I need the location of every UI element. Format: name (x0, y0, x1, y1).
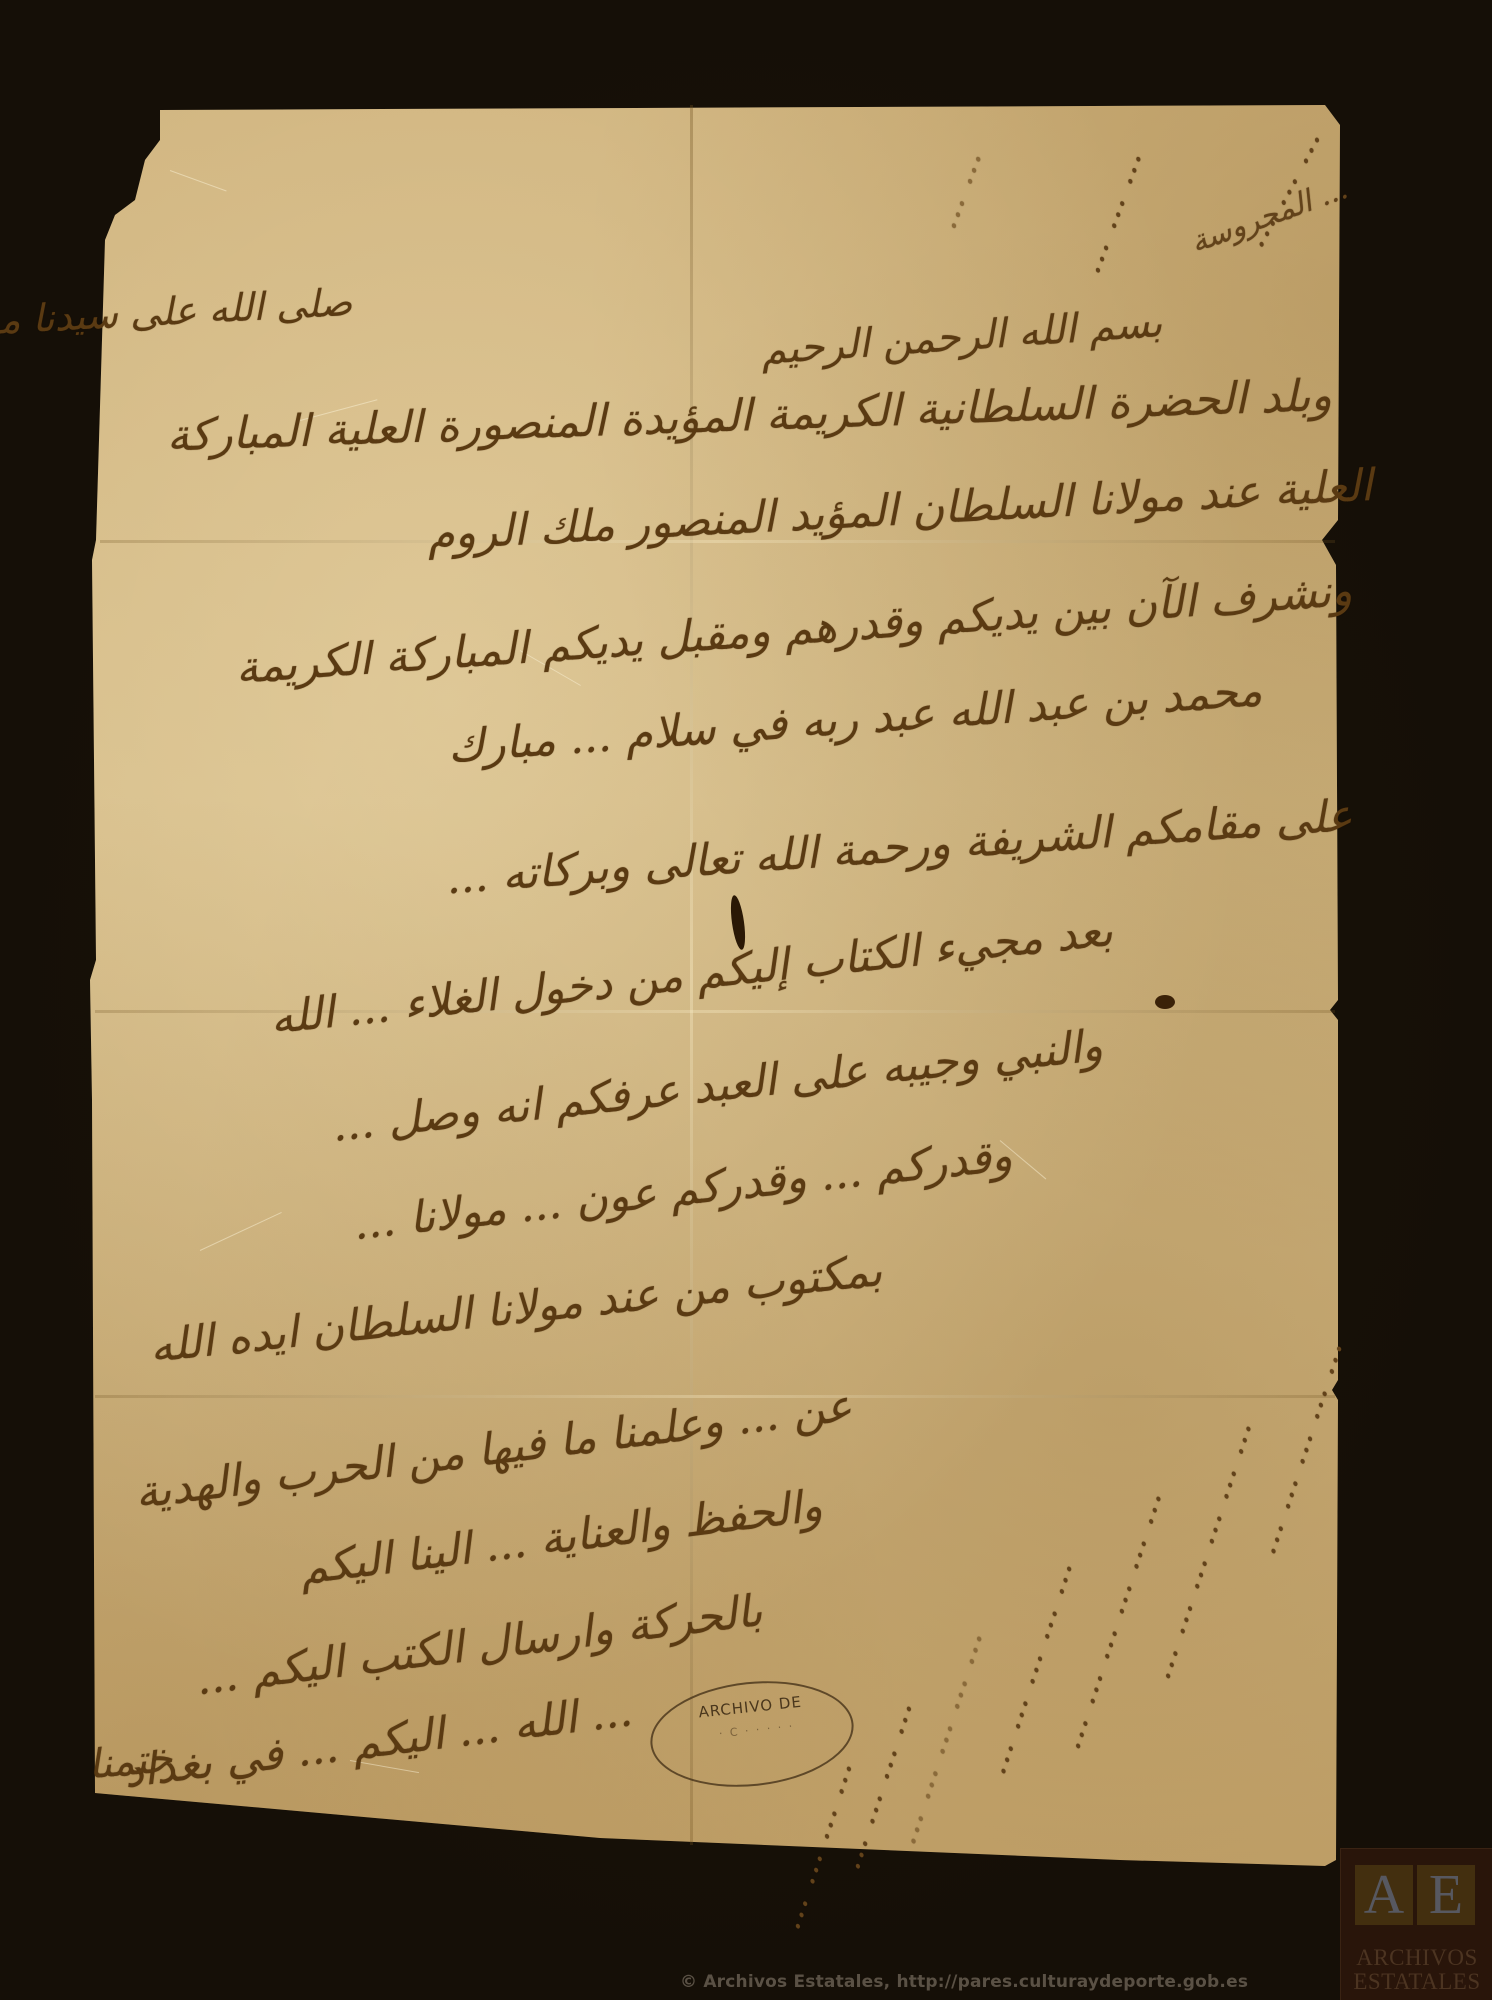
logo-line-2: ESTATALES (1347, 1969, 1487, 1995)
ink-blot (1155, 995, 1175, 1009)
closing-line: ختمنا (86, 1735, 174, 1788)
logo-line-1: ARCHIVOS (1347, 1945, 1487, 1971)
logo-letter-e: E (1417, 1865, 1475, 1925)
copyright-notice: © Archivos Estatales, http://pares.cultu… (680, 1972, 1248, 1992)
stamp-subtext: · C · · · · · (691, 1717, 822, 1744)
archivos-estatales-logo: A E ARCHIVOS ESTATALES (1340, 1848, 1492, 2000)
logo-letter-a: A (1355, 1865, 1413, 1925)
